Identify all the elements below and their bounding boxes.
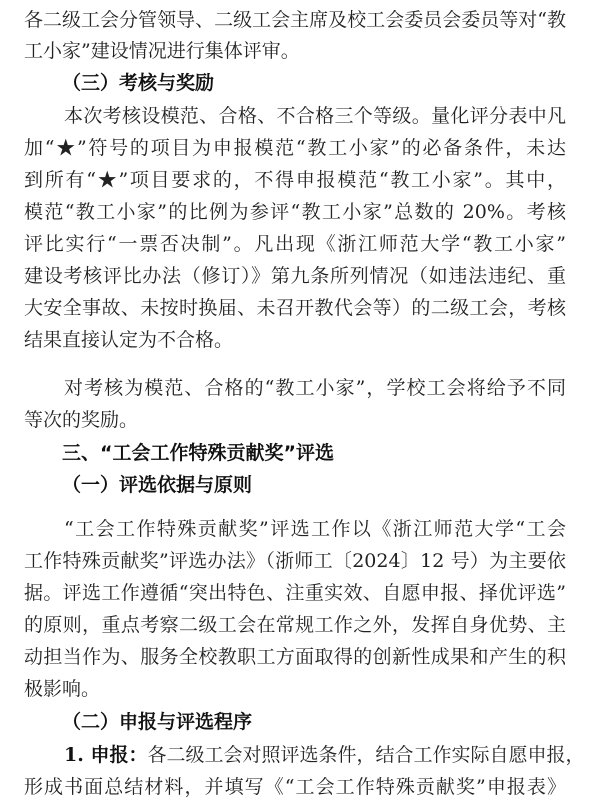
paragraph-line: 评比实行“一票否决制”。凡出现《浙江师范大学“教工小家” — [24, 228, 566, 260]
paragraph-line: 各二级工会分管领导、二级工会主席及校工会委员会委员等对“教 — [24, 4, 566, 36]
paragraph-line: “工会工作特殊贡献奖”评选工作以《浙江师范大学“工会 — [64, 513, 566, 545]
paragraph-line: 模范“教工小家”的比例为参评“教工小家”总数的 20%。考核 — [24, 196, 566, 228]
application-step-text: 各二级工会对照评选条件，结合工作实际自愿申报， — [147, 739, 584, 771]
paragraph-line: 建设考核评比办法（修订）》第九条所列情况（如违法违纪、重 — [24, 260, 566, 292]
paragraph-line: 形成书面总结材料，并填写《“工会工作特殊贡献奖”申报表》 — [24, 771, 566, 803]
subsection-heading-application-procedure: （二）申报与评选程序 — [62, 706, 252, 738]
section-heading-special-contribution-award: 三、“工会工作特殊贡献奖”评选 — [62, 437, 334, 469]
paragraph-line: 到所有“★”项目要求的，不得申报模范“教工小家”。其中， — [24, 164, 566, 196]
section-heading-assessment-rewards: （三）考核与奖励 — [62, 67, 214, 99]
paragraph-line: 工作特殊贡献奖”评选办法》（浙师工〔2024〕12 号）为主要依 — [24, 545, 566, 577]
paragraph-line: 结果直接认定为不合格。 — [24, 324, 233, 356]
paragraph-line: 加“★”符号的项目为申报模范“教工小家”的必备条件，未达 — [24, 132, 566, 164]
paragraph-line: 极影响。 — [24, 673, 100, 705]
paragraph-line: 的原则，重点考察二级工会在常规工作之外，发挥自身优势、主 — [24, 609, 566, 641]
paragraph-line: 动担当作为、服务全校教职工方面取得的创新性成果和产生的积 — [24, 641, 566, 673]
subsection-heading-basis-principles: （一）评选依据与原则 — [62, 469, 252, 501]
paragraph-line-application: 1. 申报： 各二级工会对照评选条件，结合工作实际自愿申报， — [64, 739, 566, 771]
paragraph-line: 大安全事故、未按时换届、未召开教代会等）的二级工会，考核 — [24, 292, 566, 324]
application-step-label: 1. 申报： — [64, 739, 147, 771]
paragraph-line: 对考核为模范、合格的“教工小家”，学校工会将给予不同 — [64, 372, 566, 404]
paragraph-line: 本次考核设模范、合格、不合格三个等级。量化评分表中凡 — [64, 100, 566, 132]
paragraph-line: 工小家”建设情况进行集体评审。 — [24, 35, 300, 67]
paragraph-line: 据。评选工作遵循“突出特色、注重实效、自愿申报、择优评选” — [24, 577, 566, 609]
paragraph-line: 等次的奖励。 — [24, 404, 138, 436]
